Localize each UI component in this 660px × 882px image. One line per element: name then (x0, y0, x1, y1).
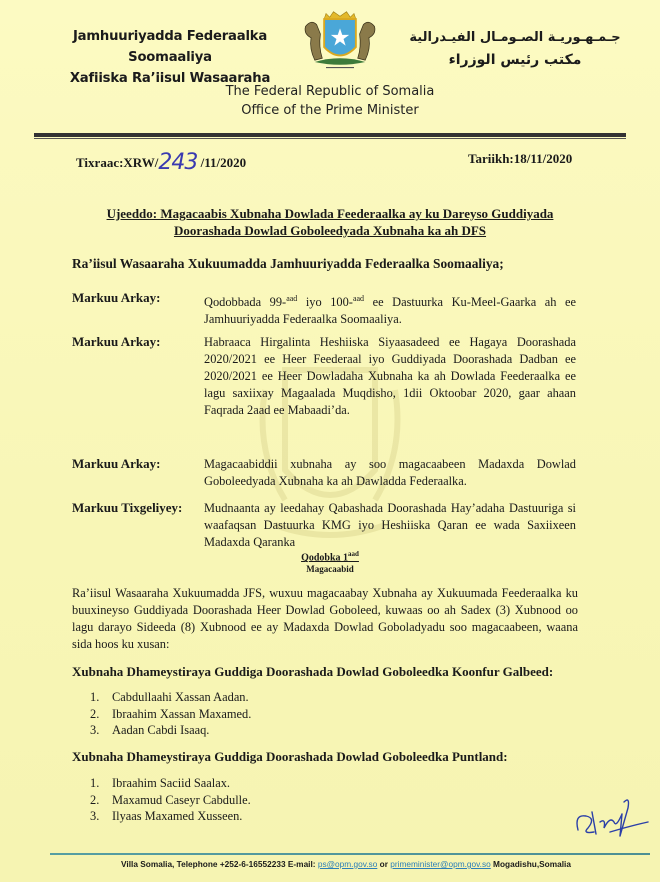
article-title: Qodobka 1aad (230, 550, 430, 563)
header-somali: Jamhuuriyadda Federaalka Soomaaliya Xafi… (40, 26, 300, 89)
clause-label: Markuu Arkay: (72, 334, 160, 350)
superscript: aad (286, 294, 297, 303)
header-arabic-line1: جـمـهـوريـة الصـومـال الفيـدرالية (385, 27, 645, 49)
reference-prefix: Tixraac:XRW/ (76, 155, 158, 170)
email-link-ps[interactable]: ps@opm.gov.so (318, 859, 377, 869)
article-heading: Qodobka 1aad Magacaabid (230, 550, 430, 574)
header-divider (34, 133, 626, 137)
list-number: 1. (90, 689, 112, 706)
superscript: aad (348, 550, 359, 558)
list-number: 2. (90, 706, 112, 723)
reference-suffix: /11/2020 (197, 155, 246, 170)
footer-divider (50, 853, 650, 855)
clause-text: Mudnaanta ay leedahay Qabashada Doorasha… (204, 500, 576, 551)
list-number: 2. (90, 792, 112, 809)
footer-address: Villa Somalia, Telephone +252-6-16552233… (121, 859, 318, 869)
list-item: 2.Maxamud Caseyr Cabdulle. (90, 792, 251, 809)
list-item: 2.Ibraahim Xassan Maxamed. (90, 706, 251, 723)
superscript: aad (353, 294, 364, 303)
list-number: 3. (90, 722, 112, 739)
footer-or: or (377, 859, 390, 869)
preamble: Ra’iisul Wasaaraha Xukuumadda Jamhuuriya… (72, 256, 504, 272)
reference-number: Tixraac:XRW/243 /11/2020 (76, 148, 246, 173)
header-divider-thin (34, 138, 626, 139)
header-english-line2: Office of the Prime Minister (200, 101, 460, 120)
clause-text: Habraaca Hirgalinta Heshiiska Siyaasadee… (204, 334, 576, 419)
member-name: Ibraahim Xassan Maxamed. (112, 706, 251, 723)
list-item: 3.Ilyaas Maxamed Xusseen. (90, 808, 251, 825)
footer-contact: Villa Somalia, Telephone +252-6-16552233… (56, 859, 636, 869)
clause-label: Markuu Arkay: (72, 290, 160, 306)
member-name: Ilyaas Maxamed Xusseen. (112, 808, 242, 825)
document-date: Tariikh:18/11/2020 (468, 151, 572, 167)
header-arabic-line2: مكتب رئيس الوزراء (385, 49, 645, 71)
clause-text: Qodobbada 99-aad iyo 100-aad ee Dastuurk… (204, 290, 576, 328)
email-link-primeminister[interactable]: primeminister@opm.gov.so (390, 859, 491, 869)
clause-text-part: iyo 100- (297, 295, 353, 309)
subject-heading: Ujeeddo: Magacaabis Xubnaha Dowlada Feed… (60, 205, 600, 239)
header-english-line1: The Federal Republic of Somalia (200, 82, 460, 101)
section-title: Xubnaha Dhameystiraya Guddiga Doorashada… (72, 664, 553, 680)
article-subtitle: Magacaabid (230, 564, 430, 574)
handwritten-signature-icon (570, 792, 660, 842)
list-item: 1.Cabdullaahi Xassan Aadan. (90, 689, 251, 706)
list-number: 1. (90, 775, 112, 792)
member-name: Aadan Cabdi Isaaq. (112, 722, 209, 739)
header-somali-line1: Jamhuuriyadda Federaalka Soomaaliya (40, 26, 300, 68)
member-name: Ibraahim Saciid Saalax. (112, 775, 230, 792)
article-title-text: Qodobka 1 (301, 552, 348, 563)
subject-line1: Ujeeddo: Magacaabis Xubnaha Dowlada Feed… (60, 205, 600, 222)
section-title: Xubnaha Dhameystiraya Guddiga Doorashada… (72, 749, 508, 765)
clause-label: Markuu Arkay: (72, 456, 160, 472)
body-paragraph: Ra’iisul Wasaaraha Xukuumadda JFS, wuxuu… (72, 585, 578, 653)
header-arabic: جـمـهـوريـة الصـومـال الفيـدرالية مكتب ر… (385, 27, 645, 71)
list-item: 3.Aadan Cabdi Isaaq. (90, 722, 251, 739)
member-list: 1.Ibraahim Saciid Saalax. 2.Maxamud Case… (90, 775, 251, 825)
header-english: The Federal Republic of Somalia Office o… (200, 82, 460, 120)
footer-city: Mogadishu,Somalia (491, 859, 571, 869)
reference-handwritten-number: 243 (158, 150, 197, 175)
list-number: 3. (90, 808, 112, 825)
member-list: 1.Cabdullaahi Xassan Aadan. 2.Ibraahim X… (90, 689, 251, 739)
list-item: 1.Ibraahim Saciid Saalax. (90, 775, 251, 792)
document-page: Jamhuuriyadda Federaalka Soomaaliya Xafi… (0, 0, 660, 882)
clause-text-part: Qodobbada 99- (204, 295, 286, 309)
somalia-coat-of-arms-icon (298, 6, 382, 76)
clause-text: Magacaabiddii xubnaha ay soo magacaabeen… (204, 456, 576, 490)
subject-line2: Doorashada Dowlad Goboleedyada Xubnaha k… (60, 222, 600, 239)
clause-label: Markuu Tixgeliyey: (72, 500, 182, 516)
member-name: Maxamud Caseyr Cabdulle. (112, 792, 251, 809)
member-name: Cabdullaahi Xassan Aadan. (112, 689, 249, 706)
